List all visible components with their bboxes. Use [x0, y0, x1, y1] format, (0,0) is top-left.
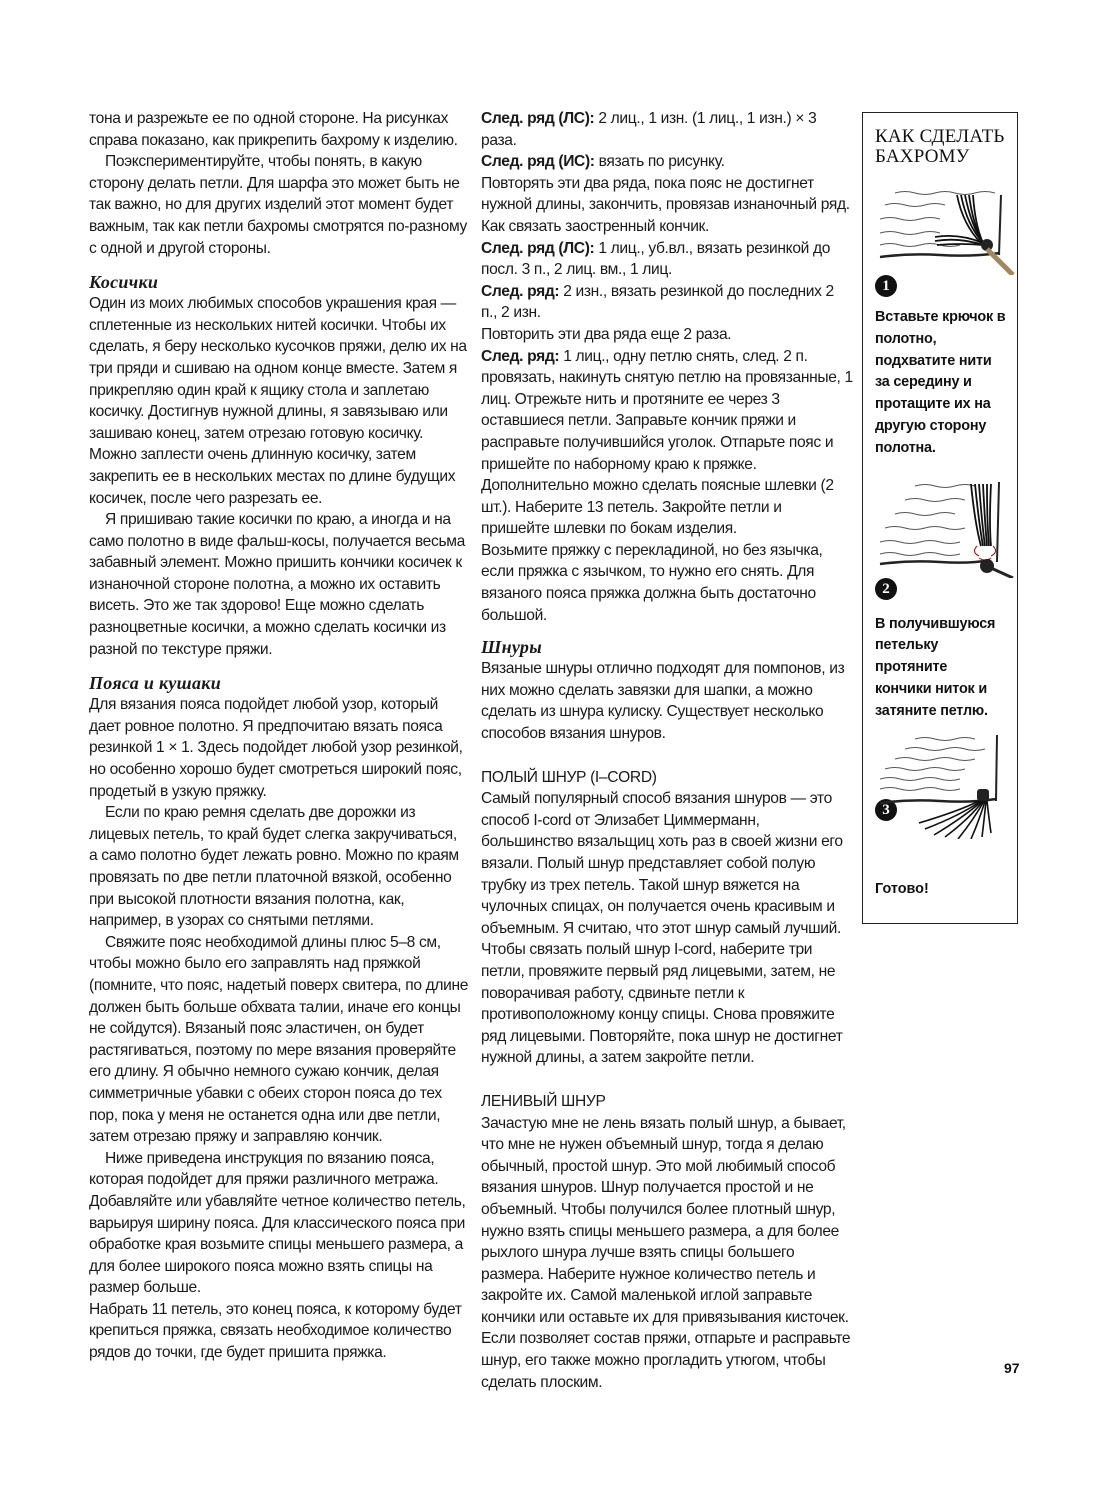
sidebar-final-text: Готово! [875, 881, 1007, 897]
instruction-row: След. ряд (ИС): вязать по рисунку. [481, 151, 853, 173]
loop-formed-illustration [875, 478, 1007, 578]
fringe-howto-sidebar: КАК СДЕЛАТЬ БАХРОМУ 1 Вставьте крючок в … [862, 112, 1018, 924]
page-number: 97 [1004, 1360, 1020, 1376]
paragraph: Если по краю ремня сделать две дорожки и… [89, 802, 469, 932]
step-number-badge: 1 [875, 275, 897, 297]
section-heading-cords: Шнуры [481, 636, 853, 658]
row-label: След. ряд (ИС): [481, 153, 595, 170]
paragraph: Самый популярный способ вязания шнуров —… [481, 788, 853, 1069]
paragraph: Повторять эти два ряда, пока пояс не дос… [481, 173, 853, 216]
subheading-lazy-cord: Ленивый шнур [481, 1091, 853, 1113]
step-instruction: В получившуюся петельку протяните кончик… [875, 614, 1007, 723]
step-number-badge: 2 [875, 578, 897, 600]
paragraph: Поэкспериментируйте, чтобы понять, в как… [89, 151, 469, 259]
row-label: След. ряд: [481, 348, 559, 365]
instruction-row: След. ряд (ЛС): 2 лиц., 1 изн. (1 лиц., … [481, 108, 853, 151]
row-text: 1 лиц., одну петлю снять, след. 2 п. про… [481, 348, 853, 538]
instruction-row: След. ряд: 1 лиц., одну петлю снять, сле… [481, 346, 853, 540]
paragraph: Ниже приведена инструкция по вязанию поя… [89, 1148, 469, 1299]
paragraph: Как связать заостренный кончик. [481, 216, 853, 238]
left-column: тона и разрежьте ее по одной стороне. На… [89, 108, 469, 1364]
section-heading-belts: Пояса и кушаки [89, 672, 469, 694]
section-heading-braids: Косички [89, 271, 469, 293]
paragraph: Свяжите пояс необходимой длины плюс 5–8 … [89, 932, 469, 1148]
row-label: След. ряд (ЛС): [481, 240, 594, 257]
paragraph: Один из моих любимых способов украшения … [89, 293, 469, 509]
paragraph: Повторить эти два ряда еще 2 раза. [481, 324, 853, 346]
instruction-row: След. ряд (ЛС): 1 лиц., уб.вл., вязать р… [481, 238, 853, 281]
paragraph: Возьмите пряжку с перекладиной, но без я… [481, 540, 853, 626]
row-text: вязать по рисунку. [595, 153, 725, 170]
finished-fringe-illustration [875, 733, 1007, 839]
paragraph: Вязаные шнуры отлично подходят для помпо… [481, 658, 853, 744]
paragraph: Я пришиваю такие косички по краю, а иног… [89, 509, 469, 660]
instruction-row: След. ряд: 2 изн., вязать резинкой до по… [481, 281, 853, 324]
paragraph: Зачастую мне не лень вязать полый шнур, … [481, 1113, 853, 1394]
sidebar-title: КАК СДЕЛАТЬ БАХРОМУ [875, 127, 1007, 167]
paragraph: тона и разрежьте ее по одной стороне. На… [89, 108, 469, 151]
paragraph: Набрать 11 петель, это конец пояса, к ко… [89, 1299, 469, 1364]
step-instruction: Вставьте крючок в полотно, подхватите ни… [875, 307, 1007, 460]
row-label: След. ряд (ЛС): [481, 110, 594, 127]
middle-column: След. ряд (ЛС): 2 лиц., 1 изн. (1 лиц., … [481, 108, 853, 1393]
row-label: След. ряд: [481, 283, 559, 300]
paragraph: Для вязания пояса подойдет любой узор, к… [89, 694, 469, 802]
hook-through-fabric-illustration [875, 175, 1007, 275]
subheading-icord: Полый шнур (I–CORD) [481, 767, 853, 789]
